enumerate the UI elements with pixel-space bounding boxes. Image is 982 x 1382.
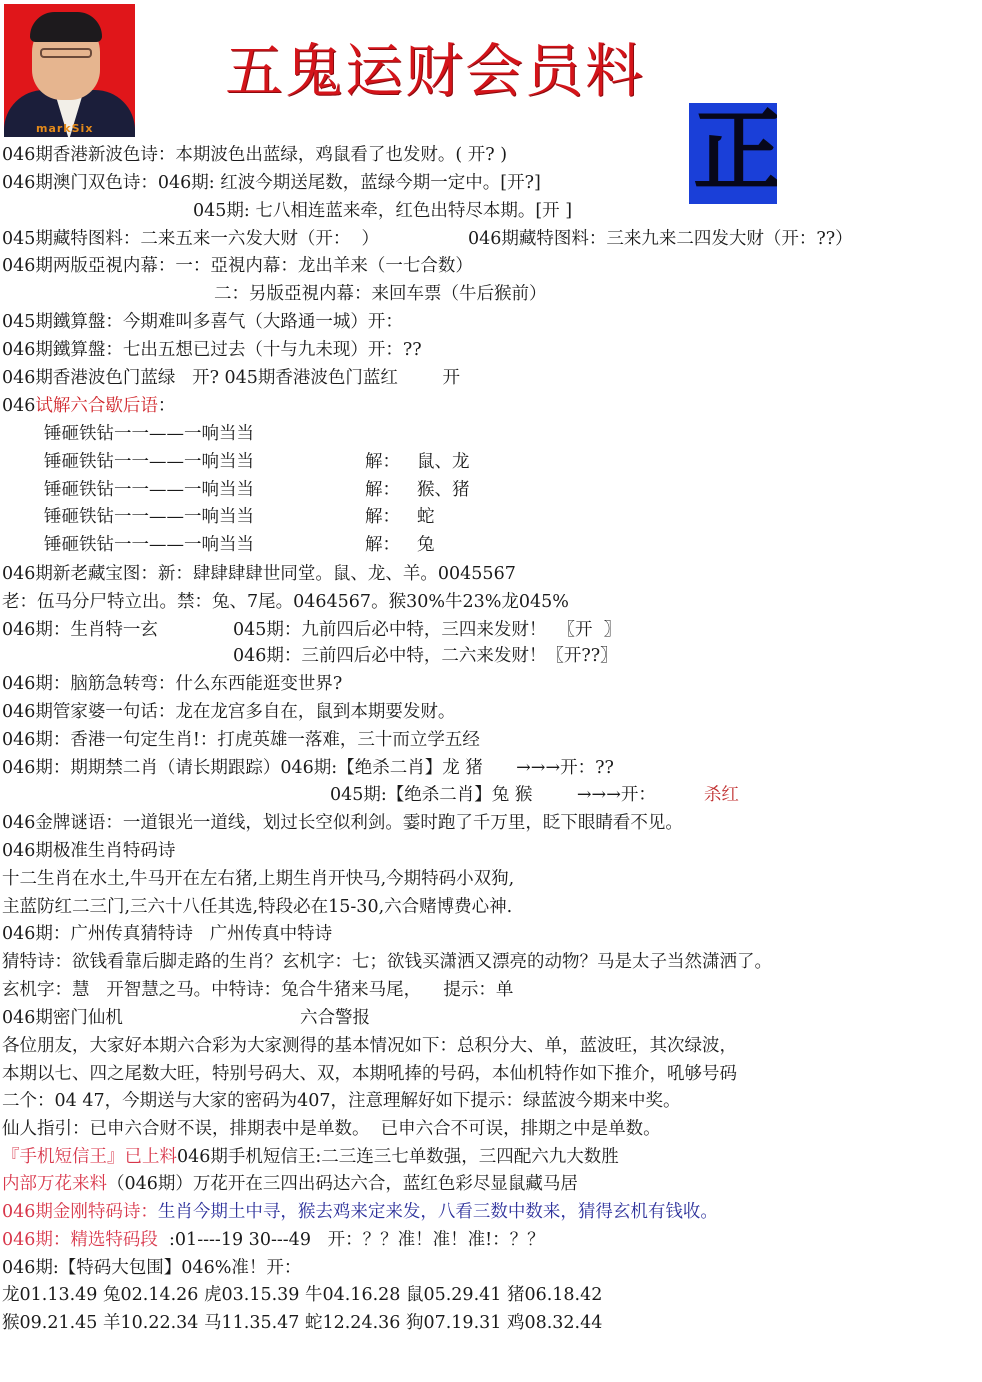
riddle-phrase: 锤砸铁钻一一——一响当当 [44,422,254,446]
line-main: 045期:【绝杀二肖】兔 猴 →→→开： [330,785,656,805]
text-line: 046期密门仙机 [2,1006,123,1030]
text-line: 本期以七、四之尾数大旺，特别号码大、双，本期吼捧的号码，本仙机特作如下推介，吼够… [2,1062,737,1086]
text-line: 仙人指引：已申六合财不误，排期表中是单数。 已申六合不可误，排期之中是单数。 [2,1117,661,1141]
text-line: 二：另版亞視内幕：来回车票（牛后猴前） [214,282,547,306]
text-line: 十二生肖在水土,牛马开在左右猪,上期生肖开快马,今期特码小双狗, [2,867,514,891]
text-line: 046期香港新波色诗：本期波色出蓝绿，鸡鼠看了也发财。( 开? ) [2,143,507,167]
text-line: 045期:【绝杀二肖】兔 猴 →→→开：杀红 [330,783,739,807]
riddle-answer: 蛇 [417,505,435,529]
text-line: 045期: 七八相连蓝来牵，红色出特尽本期。[开 ] [193,199,572,223]
text-line: 046期极准生肖特码诗 [2,839,175,863]
riddle-phrase: 锤砸铁钻一一——一响当当 [44,505,254,529]
text-line: 046期：广州传真猜特诗 广州传真中特诗 [2,922,332,946]
poem-text: 生肖今期土中寻，猴去鸡来定来发，八看三数中数来，猜得玄机有钱收。 [158,1202,718,1222]
text-line: 046期：香港一句定生肖!：打虎英雄一落难，三十而立学五经 [2,728,480,752]
text-line: 各位朋友，大家好本期六合彩为大家测得的基本情况如下：总积分大、单，蓝波旺，其次绿… [2,1034,737,1058]
zodiac-numbers-row: 龙01.13.49 兔02.14.26 虎03.15.39 牛04.16.28 … [2,1283,602,1307]
text-line: 二个：04 47，今期送与大家的密码为407，注意理解好如下提示：绿蓝波今期来中… [2,1089,681,1113]
riddle-answer: 鼠、龙 [417,450,470,474]
text-line: 045期藏特图料：二来五来一六发大财（开： ） [2,227,379,251]
text-line: 内部万花来料（046期）万花开在三四出码达六合，蓝红色彩尽显鼠藏马居 [2,1172,578,1196]
riddle-answer-label: 解： [365,533,400,557]
text-line: 046期：三前四后必中特，二六来发财！〖开??〗 [233,644,618,668]
riddle-answer: 兔 [417,533,435,557]
zheng-badge-icon: 正 [689,103,777,204]
line-main: （046期）万花开在三四出码达六合，蓝红色彩尽显鼠藏马居 [107,1174,578,1194]
text-line: 046期两版亞視内幕：一：亞視内幕：龙出羊来（一七合数） [2,254,473,278]
line-main: 046期手机短信王:二三连三七单数强，三四配六九大数胜 [177,1147,619,1167]
section-heading: 046试解六合歇后语： [2,394,175,418]
text-line: 045期：九前四后必中特，三四来发财！ 〖开 〗 [233,618,621,642]
segment-label: 046期：精选特码段 [2,1230,158,1250]
photo-brand: markSix [36,122,93,135]
text-line: 老：伍马分尸特立出。禁：兔、7尾。0464567。猴30%牛23%龙045% [2,590,569,614]
text-line: 玄机字：慧 开智慧之马。中特诗：兔合牛猪来马尾， 提示：单 [2,978,513,1002]
text-line: 猜特诗：欲钱看靠后脚走路的生肖？玄机字：七；欲钱买潇洒又漂亮的动物？马是太子当然… [2,950,772,974]
text-line: 六合警报 [300,1006,370,1030]
text-line: 『手机短信王』已上料046期手机短信王:二三连三七单数强，三四配六九大数胜 [2,1145,619,1169]
heading-prefix: 046 [2,396,35,416]
portrait-photo: markSix [4,4,135,137]
text-line: 046期金刚特码诗：生肖今期土中寻，猴去鸡来定来发，八看三数中数来，猜得玄机有钱… [2,1200,718,1224]
text-line: 046期澳门双色诗：046期: 红波今期送尾数，蓝绿今期一定中。[开?] [2,171,541,195]
zodiac-numbers-row: 猴09.21.45 羊10.22.34 马11.35.47 蛇12.24.36 … [2,1311,602,1335]
text-line: 主蓝防红二三门,三六十八任其选,特段必在15-30,六合赌博费心神. [2,895,512,919]
riddle-phrase: 锤砸铁钻一一——一响当当 [44,450,254,474]
line-main: :01----19 30---49 开：？？准！准！准!：？？ [158,1230,545,1250]
wanhua-label: 内部万花来料 [2,1174,107,1194]
heading-suffix: ： [158,396,176,416]
kill-red-label: 杀红 [704,785,739,805]
text-line: 045期鐵算盤：今期难叫多喜气（大路通一城）开： [2,310,403,334]
text-line: 046金牌谜语：一道银光一道线，划过长空似利剑。霎时跑了千万里，眨下眼睛看不见。 [2,811,683,835]
riddle-phrase: 锤砸铁钻一一——一响当当 [44,533,254,557]
zheng-glyph: 正 [693,103,777,204]
riddle-answer-label: 解： [365,505,400,529]
sms-king-label: 『手机短信王』已上料 [2,1147,177,1167]
text-line: 046期:【特码大包围】046%准！开： [2,1256,301,1280]
text-line: 046期：精选特码段 :01----19 30---49 开：？？准！准！准!：… [2,1228,545,1252]
text-line: 046期新老藏宝图：新：肆肆肆肆世同堂。鼠、龙、羊。0045567 [2,562,516,586]
text-line: 046期鐵算盤：七出五想已过去（十与九未现）开：?? [2,338,422,362]
text-line: 046期管家婆一句话：龙在龙宫多自在，鼠到本期要发财。 [2,700,455,724]
riddle-answer-label: 解： [365,478,400,502]
text-line: 046期香港波色门蓝绿 开? 045期香港波色门蓝红 开 [2,366,460,390]
poem-label: 046期金刚特码诗： [2,1202,158,1222]
page-title: 五鬼运财会员料 [225,36,645,106]
riddle-answer: 猴、猪 [417,478,470,502]
text-line: 046期藏特图料：三来九来二四发大财（开：??） [468,227,853,251]
heading-red: 试解六合歇后语 [35,396,158,416]
text-line: 046期：期期禁二肖（请长期跟踪）046期:【绝杀二肖】龙 猪 →→→开：?? [2,756,614,780]
text-line: 046期：生肖特一玄 [2,618,158,642]
text-line: 046期：脑筋急转弯：什么东西能逛变世界? [2,672,342,696]
riddle-answer-label: 解： [365,450,400,474]
photo-glasses [40,48,92,58]
photo-hair [30,12,102,42]
riddle-phrase: 锤砸铁钻一一——一响当当 [44,478,254,502]
